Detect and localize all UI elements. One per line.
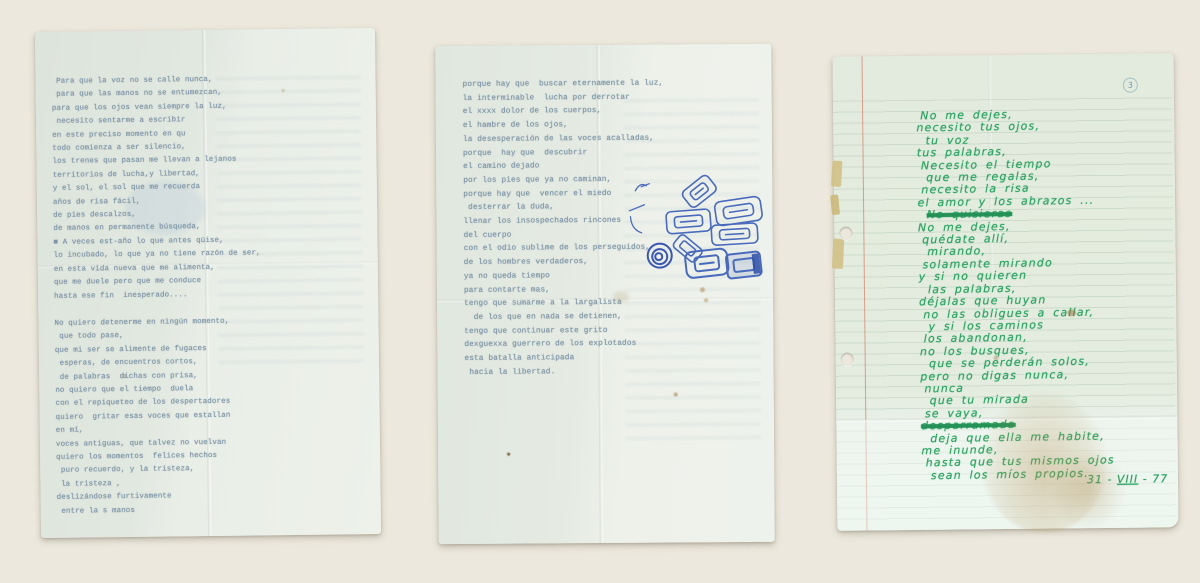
text-line: lo incubado, lo que ya no tiene razón de… [54,248,261,264]
text-line: los trenes que pasan me llevan a lejanos [52,154,259,170]
text-line: tengo que continuar este grito [464,324,665,339]
text-line: No quiero detenerme en ningún momento, [54,316,229,332]
stain [282,89,285,92]
photo-of-three-manuscript-pages: { "colors":{ "background":"#ece8dd", "pa… [0,0,1200,583]
text-line: que mi ser se alimente de fugaces [55,343,230,359]
text-line: entre la s manos [57,503,232,519]
stain [507,453,510,456]
tape-remnant [831,160,843,187]
stain [674,392,678,396]
text-line: la interminable lucha por derrotar [463,91,664,106]
stain [1067,309,1076,316]
stain [1050,449,1126,530]
text-line: esta batalla anticipada [464,352,665,367]
text-line: porque hay que buscar eternamente la luz… [462,78,663,93]
text-line: porque hay que descubrir [463,146,664,161]
typed-poem-sheet-2: porque hay que buscar eternamente la luz… [435,44,774,544]
poem-stanza-1: Para que la voz no se calle nunca, para … [51,73,261,303]
punch-hole [841,353,854,366]
typed-poem-sheet-1: Para que la voz no se calle nunca, para … [35,28,381,538]
handwritten-lined-sheet: 3 No me dejes,necesito tus ojos,tu voztu… [833,53,1179,531]
text-line: la desesperación de las voces acalladas, [463,132,664,147]
text-line: hacia la libertad. [465,365,666,380]
text-line: el xxxx dolor de los cuerpos, [463,105,664,120]
text-line: de los que en nada se detienen, [464,311,665,326]
tape-remnant [832,239,844,269]
text-line: dexguexxa guerrero de los explotados [464,338,665,353]
punch-hole [839,227,852,240]
stain [700,287,705,292]
stain [994,355,999,360]
text-line: quiero gritar esas voces que estallan [56,410,231,426]
ballpoint-stamp-doodles-icon [621,166,782,302]
date-year: - 77 [1138,472,1168,485]
text-line: hasta ese fin inesperado.... [54,288,261,304]
text-line: quiero los momentos felices hechos [56,450,231,466]
stain [704,298,708,302]
stain [613,291,629,303]
text-line: el hambre de los ojos, [463,119,664,134]
circled-page-number: 3 [1123,78,1138,93]
poem-stanza-2: No quiero detenerme en ningún momento, q… [54,316,231,519]
